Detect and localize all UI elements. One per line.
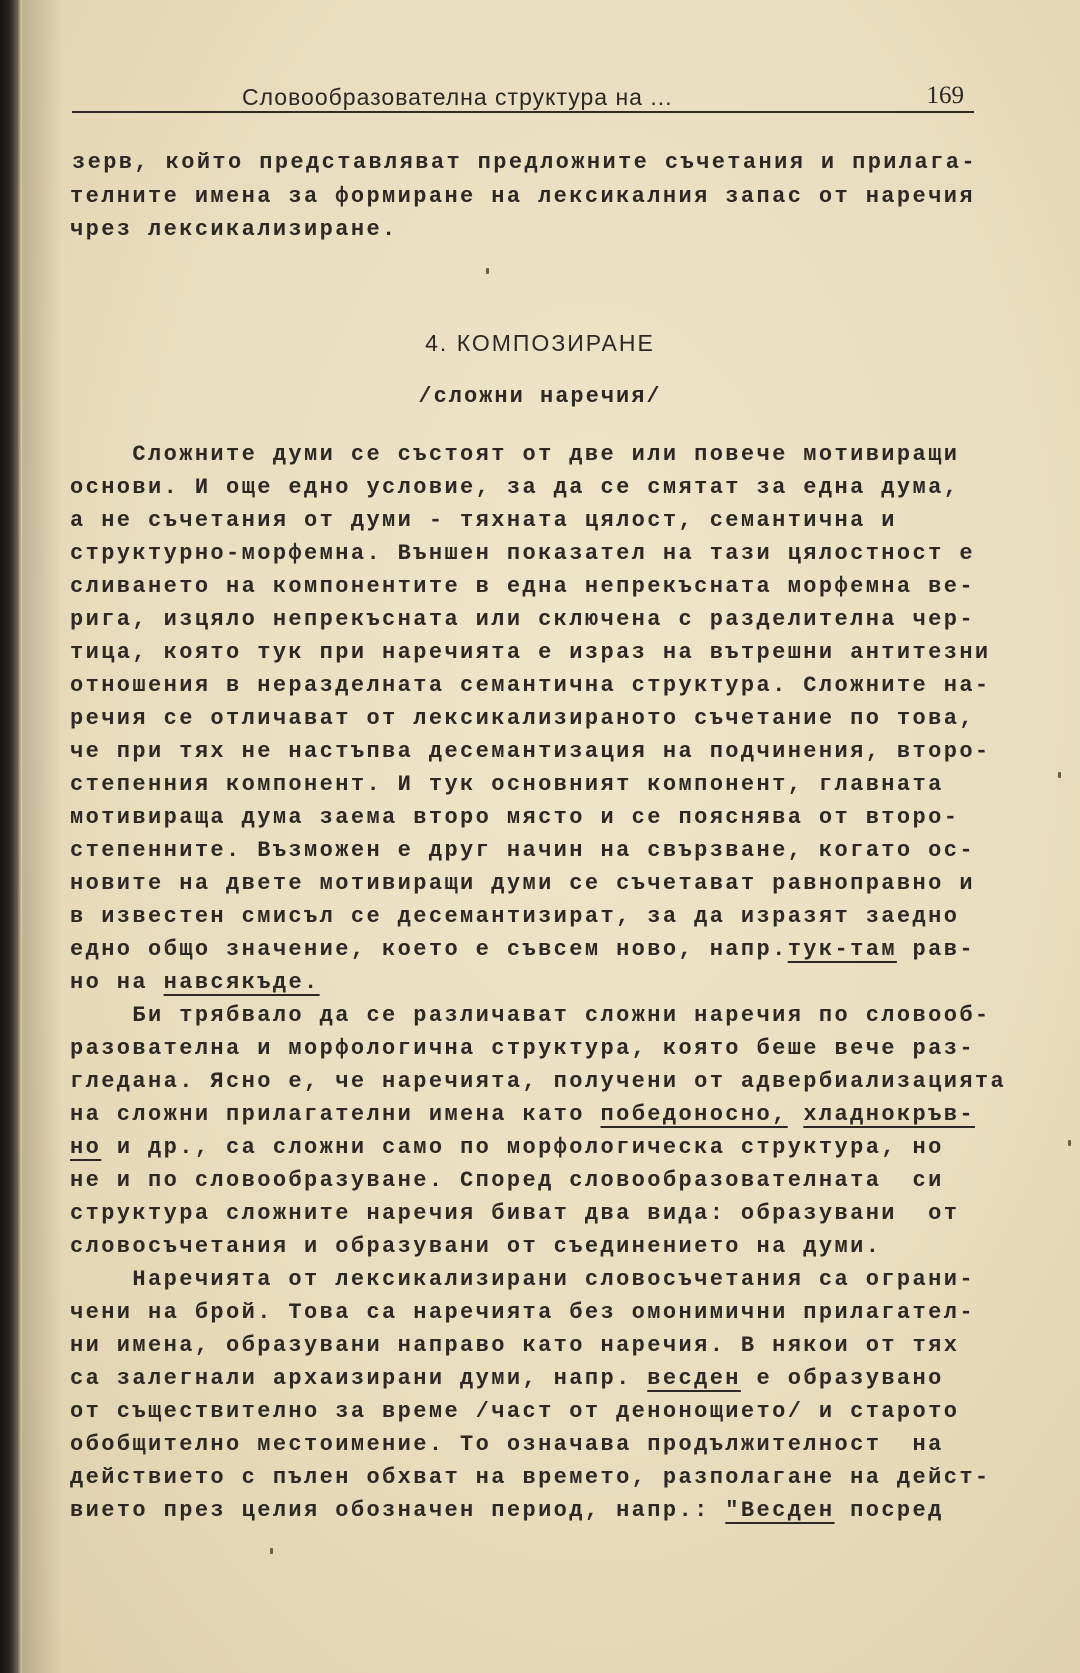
text-run: в известен смисъл се десемантизират, за …	[70, 904, 959, 929]
text-line: мотивираща дума заема второ място и се п…	[70, 803, 959, 833]
text-run: на сложни прилагателни имена като	[70, 1102, 600, 1127]
text-line: основи. И още едно условие, за да се смя…	[70, 473, 959, 503]
ink-speck	[1068, 1140, 1071, 1146]
underlined-example: но	[70, 1135, 101, 1160]
text-run: гледана. Ясно е, че наречията, получени …	[70, 1069, 1006, 1094]
text-run: посред	[835, 1498, 944, 1523]
text-run: мотивираща дума заема второ място и се п…	[70, 805, 959, 830]
text-run	[788, 1102, 804, 1127]
text-line: но на навсякъде.	[70, 968, 320, 998]
text-run: степенния компонент. И тук основният ком…	[70, 772, 944, 797]
text-run: не и по словообразуване. Според словообр…	[70, 1168, 944, 1193]
text-run: и др., са сложни само по морфологическа …	[101, 1135, 944, 1160]
text-run: Би трябвало да се различават сложни наре…	[70, 1003, 991, 1028]
header-rule	[72, 111, 974, 113]
text-line: степенния компонент. И тук основният ком…	[70, 770, 944, 800]
text-line: от съществително за време /част от денон…	[70, 1397, 959, 1427]
text-line: тица, която тук при наречията е израз на…	[70, 638, 991, 668]
underlined-example: хладнокръв-	[803, 1102, 975, 1127]
text-run: разователна и морфологична структура, ко…	[70, 1036, 975, 1061]
text-line: речия се отличават от лексикализираното …	[70, 704, 975, 734]
text-line: Сложните думи се състоят от две или пове…	[70, 440, 959, 470]
text-line: вието през целия обозначен период, напр.…	[70, 1496, 944, 1526]
text-line: сливането на компонентите в една непрекъ…	[70, 572, 975, 602]
ink-speck	[1058, 772, 1061, 778]
text-run: а не съчетания от думи - тяхната цялост,…	[70, 508, 897, 533]
text-run: отношения в неразделната семантична стру…	[70, 673, 991, 698]
book-spine-shadow	[0, 0, 22, 1673]
text-line: действието с пълен обхват на времето, ра…	[70, 1463, 991, 1493]
text-line: в известен смисъл се десемантизират, за …	[70, 902, 959, 932]
text-run: че при тях не настъпва десемантизация на…	[70, 739, 991, 764]
text-run: са залегнали архаизирани думи, напр.	[70, 1366, 647, 1391]
text-run: Наречията от лексикализирани словосъчета…	[70, 1267, 975, 1292]
text-line: степенните. Възможен е друг начин на свъ…	[70, 836, 975, 866]
text-run: но на	[70, 970, 164, 995]
underlined-example: победоносно,	[600, 1102, 787, 1127]
text-run: от съществително за време /част от денон…	[70, 1399, 959, 1424]
text-line: едно общо значение, което е съвсем ново,…	[70, 935, 975, 965]
text-run: рига, изцяло непрекъсната или сключена с…	[70, 607, 975, 632]
text-line: рига, изцяло непрекъсната или сключена с…	[70, 605, 975, 635]
text-run: телните имена за формиране на лексикални…	[70, 184, 975, 209]
text-run: степенните. Възможен е друг начин на свъ…	[70, 838, 975, 863]
text-line: на сложни прилагателни имена като победо…	[70, 1100, 975, 1130]
text-line: телните имена за формиране на лексикални…	[70, 182, 975, 212]
text-line: не и по словообразуване. Според словообр…	[70, 1166, 944, 1196]
text-line: ни имена, образувани направо като наречи…	[70, 1331, 959, 1361]
gutter-shadow	[22, 0, 62, 1673]
text-run: сливането на компонентите в една непрекъ…	[70, 574, 975, 599]
text-line: но и др., са сложни само по морфологичес…	[70, 1133, 944, 1163]
text-run: тица, която тук при наречията е израз на…	[70, 640, 991, 665]
text-line: зерв, който представляват предложните съ…	[72, 148, 977, 178]
text-run: едно общо значение, което е съвсем ново,…	[70, 937, 788, 962]
running-title: Словообразователна структура на ...	[242, 84, 673, 111]
book-page: Словообразователна структура на ... 169 …	[0, 0, 1080, 1673]
text-run: речия се отличават от лексикализираното …	[70, 706, 975, 731]
text-run: основи. И още едно условие, за да се смя…	[70, 475, 959, 500]
ink-speck	[270, 1548, 273, 1554]
text-run: обобщително местоимение. То означава про…	[70, 1432, 944, 1457]
underlined-example: весден	[647, 1366, 741, 1391]
text-run: рав-	[897, 937, 975, 962]
text-line: Би трябвало да се различават сложни наре…	[70, 1001, 991, 1031]
text-run: действието с пълен обхват на времето, ра…	[70, 1465, 991, 1490]
section-subheading: /сложни наречия/	[0, 384, 1080, 409]
underlined-example: тук-там	[788, 937, 897, 962]
text-run: структура сложните наречия биват два вид…	[70, 1201, 959, 1226]
text-line: са залегнали архаизирани думи, напр. вес…	[70, 1364, 944, 1394]
text-line: новите на двете мотивиращи думи се съчет…	[70, 869, 975, 899]
page-number: 169	[927, 82, 965, 110]
text-line: че при тях не настъпва десемантизация на…	[70, 737, 991, 767]
text-line: чрез лексикализиране.	[70, 215, 398, 245]
text-run: Сложните думи се състоят от две или пове…	[70, 442, 959, 467]
text-line: Наречията от лексикализирани словосъчета…	[70, 1265, 975, 1295]
underlined-example: "Весден	[725, 1498, 834, 1523]
text-line: чени на брой. Това са наречията без омон…	[70, 1298, 975, 1328]
text-run: структурно-морфемна. Външен показател на…	[70, 541, 975, 566]
text-run: чрез лексикализиране.	[70, 217, 398, 242]
text-line: структура сложните наречия биват два вид…	[70, 1199, 959, 1229]
text-run: новите на двете мотивиращи думи се съчет…	[70, 871, 975, 896]
section-heading: 4. КОМПОЗИРАНЕ	[0, 330, 1080, 357]
text-run: зерв, който представляват предложните съ…	[72, 150, 977, 175]
text-line: разователна и морфологична структура, ко…	[70, 1034, 975, 1064]
text-line: а не съчетания от думи - тяхната цялост,…	[70, 506, 897, 536]
text-run: чени на брой. Това са наречията без омон…	[70, 1300, 975, 1325]
text-line: гледана. Ясно е, че наречията, получени …	[70, 1067, 1006, 1097]
underlined-example: навсякъде.	[164, 970, 320, 995]
text-line: отношения в неразделната семантична стру…	[70, 671, 991, 701]
text-line: структурно-морфемна. Външен показател на…	[70, 539, 975, 569]
running-header: Словообразователна структура на ... 169	[72, 80, 974, 114]
text-line: обобщително местоимение. То означава про…	[70, 1430, 944, 1460]
text-run: словосъчетания и образувани от съединени…	[70, 1234, 881, 1259]
text-run: вието през целия обозначен период, напр.…	[70, 1498, 725, 1523]
ink-speck	[486, 268, 489, 274]
text-run: е образувано	[741, 1366, 944, 1391]
text-run: ни имена, образувани направо като наречи…	[70, 1333, 959, 1358]
text-line: словосъчетания и образувани от съединени…	[70, 1232, 881, 1262]
